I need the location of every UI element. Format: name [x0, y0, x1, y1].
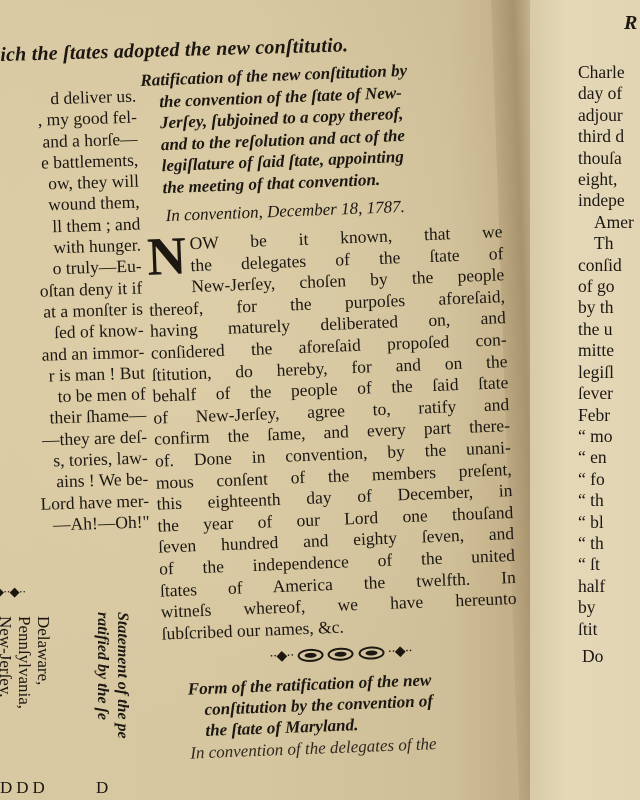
right-line: Amer [578, 212, 640, 233]
ratification-body: N OW be it known, that we the delegates … [146, 221, 517, 645]
right-line: conſid [578, 255, 640, 276]
statement-title: Statement of the pe ratified by the ſe [92, 612, 132, 739]
right-line: Charle [578, 62, 640, 83]
ornament-oval-icon [327, 648, 353, 662]
state-item: Pennſylvania, [15, 616, 34, 709]
right-line: Th [578, 233, 640, 254]
right-line: “ bl [578, 512, 640, 533]
right-line: “ mo [578, 426, 640, 447]
right-line: “ fo [578, 469, 640, 490]
right-line: ſever [578, 383, 640, 404]
ornament-dots-icon: ◆··◆·· [0, 584, 25, 600]
right-line: day of [578, 83, 640, 104]
ornament-dots-icon: ··◆·· [269, 649, 294, 665]
maryland-form-heading: Form of the ratification of the new conſ… [163, 666, 521, 743]
right-line: thouſa [578, 148, 640, 169]
drop-cap: N [146, 233, 187, 278]
dateline: In convention, December 18, 1787. [145, 193, 502, 227]
right-line: of go [578, 276, 640, 297]
right-line: Do [578, 646, 640, 667]
left-column-text: d deliver us. , my good fel- and a horſe… [0, 86, 150, 537]
state-item: New-Jerſey, [0, 616, 15, 709]
newspaper-page-photo: ich the ſtates adopted the new conſtitut… [0, 0, 640, 800]
state-list: Delaware, Pennſylvania, New-Jerſey, [0, 616, 53, 709]
right-line: adjour [578, 105, 640, 126]
right-line: legiſl [578, 362, 640, 383]
table-bottom-letters: DDD [0, 778, 49, 798]
running-head: ich the ſtates adopted the new conſtitut… [0, 34, 349, 67]
right-line: by th [578, 297, 640, 318]
right-line: half [578, 576, 640, 597]
right-line: eight, [578, 169, 640, 190]
right-line: the u [578, 319, 640, 340]
center-column: Ratification of the new conſtitution by … [140, 56, 522, 764]
right-line: “ th [578, 490, 640, 511]
right-line: third d [578, 126, 640, 147]
right-line: by [578, 597, 640, 618]
right-line: “ th [578, 533, 640, 554]
right-line: “ en [578, 447, 640, 468]
right-column-text: Charle day of adjour third d thouſa eigh… [578, 62, 640, 667]
state-item: Delaware, [34, 616, 53, 709]
ratification-heading: Ratification of the new conſtitution by … [140, 56, 501, 199]
ornament-dots-icon: ··◆·· [387, 644, 412, 660]
right-line: ſtit [578, 619, 640, 640]
right-line: indepe [578, 190, 640, 211]
ornament-divider: ··◆·· ··◆·· [162, 639, 518, 670]
left-line: —Ah!—Oh!" [9, 511, 150, 537]
right-line: mitte [578, 340, 640, 361]
right-line: “ ſt [578, 554, 640, 575]
ornament-oval-icon [297, 649, 323, 663]
right-page-heading: R [624, 12, 637, 35]
ornament-oval-icon [358, 646, 384, 660]
table-bottom-letter: D [96, 778, 108, 798]
rotated-statement-table: ◆··◆·· Statement of the pe ratified by t… [0, 580, 150, 800]
right-line: Febr [578, 405, 640, 426]
